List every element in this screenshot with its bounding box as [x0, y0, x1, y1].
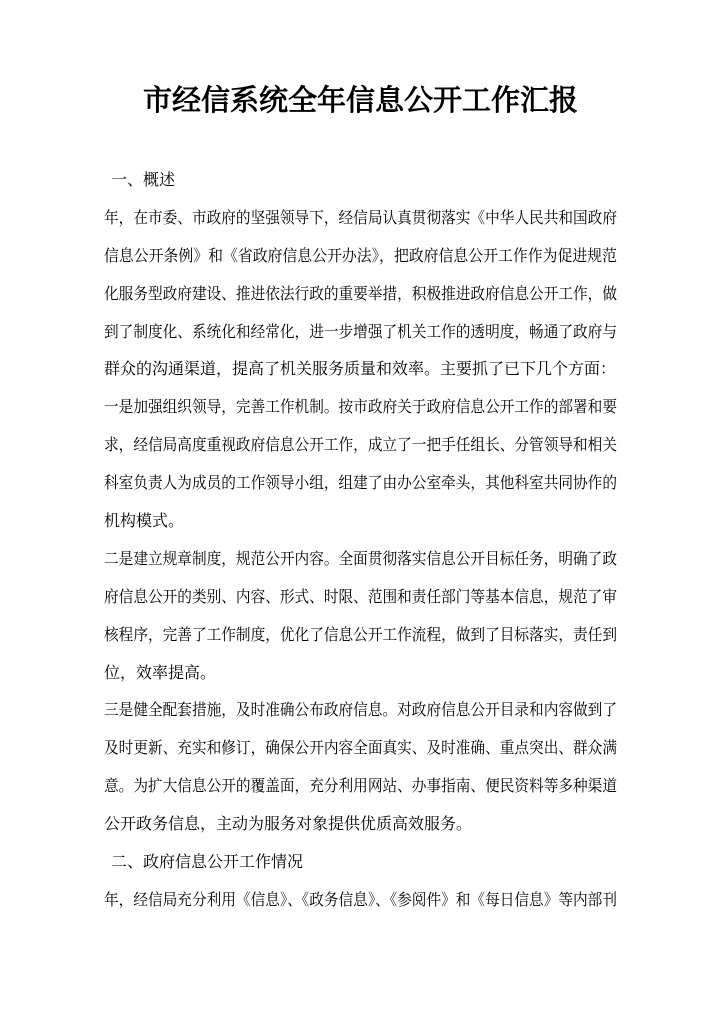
text-line-content: 求，经信局高度重视政府信息公开工作，成立了一把手任组长、分管领导和相关: [104, 427, 617, 465]
text-line: 二是建立规章制度，规范公开内容。全面贯彻落实信息公开目标任务，明确了政: [104, 541, 617, 579]
text-line-content: 机构模式。: [104, 503, 184, 541]
text-line-content: 公开政务信息，主动为服务对象提供优质高效服务。: [104, 806, 472, 844]
text-line-content: 一、概述: [111, 162, 175, 200]
text-line: 意。为扩大信息公开的覆盖面，充分利用网站、办事指南、便民资料等多种渠道: [104, 768, 617, 806]
text-line: 化服务型政府建设、推进依法行政的重要举措，积极推进政府信息公开工作，做: [104, 276, 617, 314]
text-line: 机构模式。: [104, 503, 617, 541]
text-line-content: 年，经信局充分利用《信息》、《政务信息》、《参阅件》和《每日信息》等内部刊: [104, 882, 617, 920]
text-line-content: 二是建立规章制度，规范公开内容。全面贯彻落实信息公开目标任务，明确了政: [104, 541, 617, 579]
text-line-content: 府信息公开的类别、内容、形式、时限、范围和责任部门等基本信息，规范了审: [104, 579, 617, 617]
text-line: 公开政务信息，主动为服务对象提供优质高效服务。: [104, 806, 617, 844]
text-line: 一、概述: [104, 162, 617, 200]
text-line-content: 意。为扩大信息公开的覆盖面，充分利用网站、办事指南、便民资料等多种渠道: [104, 768, 617, 806]
text-line: 三是健全配套措施，及时准确公布政府信息。对政府信息公开目录和内容做到了: [104, 692, 617, 730]
text-line-content: 位，效率提高。: [104, 655, 216, 693]
text-line: 信息公开条例》和《省政府信息公开办法》，把政府信息公开工作作为促进规范: [104, 238, 617, 276]
text-line: 府信息公开的类别、内容、形式、时限、范围和责任部门等基本信息，规范了审: [104, 579, 617, 617]
text-line-content: 二、政府信息公开工作情况: [111, 844, 303, 882]
text-line: 到了制度化、系统化和经常化，进一步增强了机关工作的透明度，畅通了政府与: [104, 314, 617, 352]
text-line: 及时更新、充实和修订，确保公开内容全面真实、及时准确、重点突出、群众满: [104, 730, 617, 768]
text-line-content: 到了制度化、系统化和经常化，进一步增强了机关工作的透明度，畅通了政府与: [104, 314, 617, 352]
text-line: 求，经信局高度重视政府信息公开工作，成立了一把手任组长、分管领导和相关: [104, 427, 617, 465]
document-body: 一、概述年，在市委、市政府的坚强领导下，经信局认真贯彻落实《中华人民共和国政府信…: [104, 162, 617, 920]
text-line-content: 化服务型政府建设、推进依法行政的重要举措，积极推进政府信息公开工作，做: [104, 276, 617, 314]
text-line-content: 年，在市委、市政府的坚强领导下，经信局认真贯彻落实《中华人民共和国政府: [104, 200, 617, 238]
text-line: 年，经信局充分利用《信息》、《政务信息》、《参阅件》和《每日信息》等内部刊: [104, 882, 617, 920]
text-line: 年，在市委、市政府的坚强领导下，经信局认真贯彻落实《中华人民共和国政府: [104, 200, 617, 238]
text-line-content: 信息公开条例》和《省政府信息公开办法》，把政府信息公开工作作为促进规范: [104, 238, 617, 276]
text-line: 位，效率提高。: [104, 655, 617, 693]
text-line-content: 三是健全配套措施，及时准确公布政府信息。对政府信息公开目录和内容做到了: [104, 692, 617, 730]
text-line: 核程序，完善了工作制度，优化了信息公开工作流程，做到了目标落实，责任到: [104, 617, 617, 655]
text-line-content: 及时更新、充实和修订，确保公开内容全面真实、及时准确、重点突出、群众满: [104, 730, 617, 768]
text-line-content: 核程序，完善了工作制度，优化了信息公开工作流程，做到了目标落实，责任到: [104, 617, 617, 655]
text-line-content: 一是加强组织领导，完善工作机制。按市政府关于政府信息公开工作的部署和要: [104, 389, 617, 427]
document-page: 市经信系统全年信息公开工作汇报 一、概述年，在市委、市政府的坚强领导下，经信局认…: [0, 0, 721, 1020]
text-line-content: 群众的沟通渠道，提高了机关服务质量和效率。主要抓了已下几个方面：: [104, 351, 616, 389]
text-line: 一是加强组织领导，完善工作机制。按市政府关于政府信息公开工作的部署和要: [104, 389, 617, 427]
text-line-content: 科室负责人为成员的工作领导小组，组建了由办公室牵头，其他科室共同协作的: [104, 465, 617, 503]
text-line: 群众的沟通渠道，提高了机关服务质量和效率。主要抓了已下几个方面：: [104, 351, 617, 389]
text-line: 科室负责人为成员的工作领导小组，组建了由办公室牵头，其他科室共同协作的: [104, 465, 617, 503]
document-title: 市经信系统全年信息公开工作汇报: [0, 82, 721, 120]
text-line: 二、政府信息公开工作情况: [104, 844, 617, 882]
